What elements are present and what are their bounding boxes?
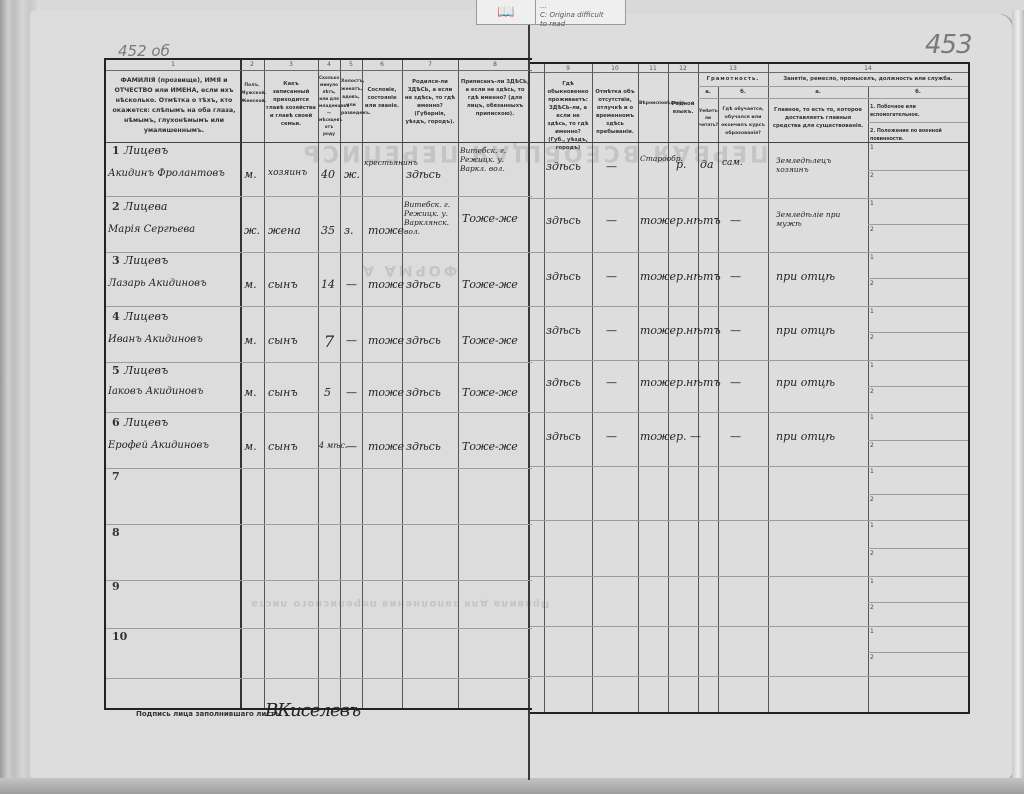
col-header-can-read: Умѣетъ-ли читать? (699, 108, 717, 129)
folio-number-right: 453 (925, 30, 972, 60)
stamp-text: ... C: Origina difficult to read (536, 0, 608, 24)
col-header-name: ФАМИЛІЯ (прозвище), ИМЯ и ОТЧЕСТВО или И… (110, 76, 238, 136)
col-header-age: Сколько минуло лѣтъ, или для младенцевъ … (319, 74, 339, 137)
col-header-sex: Полъ. Мужской. Женской. (241, 82, 263, 106)
col-header-education: Гдѣ обучается, обучался или окончилъ кур… (720, 106, 766, 138)
col-header-occupation: Занятіе, ремесло, промыселъ, должность и… (770, 75, 966, 83)
signature-label: Подпись лица заполнившаго листъ (136, 710, 280, 718)
col-header-literacy: Грамотность. (700, 75, 766, 83)
col-header-secondary-occupation: 1. Побочное или вспомогательное. (870, 104, 966, 120)
col-header-estate: Сословіе, состояніе или званіе. (364, 86, 400, 110)
col-header-main-occupation: Главное, то есть то, которое доставляетъ… (772, 106, 864, 130)
archive-stamp: 📖 ... C: Origina difficult to read (476, 0, 626, 25)
row-number: 7 (112, 470, 120, 483)
row-number: 9 (112, 580, 120, 593)
col-header-military-status: 2. Положение по военной повинности. (870, 128, 966, 144)
page-stack-edge-right (1012, 10, 1024, 780)
signature: ВКиселевъ (265, 700, 360, 721)
census-table-right: 9 10 11 12 13 14 Гдѣ обыкновенно прожива… (530, 62, 970, 714)
census-table-left: 1 2 3 4 5 6 7 8 ФАМИЛІЯ (прозвище), ИМЯ … (104, 58, 532, 710)
col-header-religion: Вѣроисповѣданіе. (639, 100, 667, 108)
col-header-registered: Приписанъ-ли ЗДѢСЬ, а если не здѣсь, то … (460, 78, 530, 118)
col-header-relation: Какъ записанный приходится главѣ хозяйст… (266, 80, 316, 128)
row-number: 8 (112, 526, 120, 539)
book-icon: 📖 (477, 0, 536, 24)
col-header-absence: Отмѣтка объ отсутствіи, отлучкѣ и о врем… (594, 88, 636, 136)
row-number: 10 (112, 630, 127, 643)
col-header-language: Родной языкъ. (669, 100, 697, 116)
col-header-residence: Гдѣ обыкновенно проживаетъ: ЗДѢСЬ-ли, а … (546, 80, 590, 152)
book-bottom-edge (0, 778, 1024, 794)
col-header-marital: Холостъ, женатъ, вдовъ, или разведенъ. (341, 78, 361, 118)
census-book-spread: 📖 ... C: Origina difficult to read 452 о… (0, 0, 1024, 794)
col-header-birthplace: Родился-ли ЗДѢСЬ, а если не здѣсь, то гд… (404, 78, 456, 126)
